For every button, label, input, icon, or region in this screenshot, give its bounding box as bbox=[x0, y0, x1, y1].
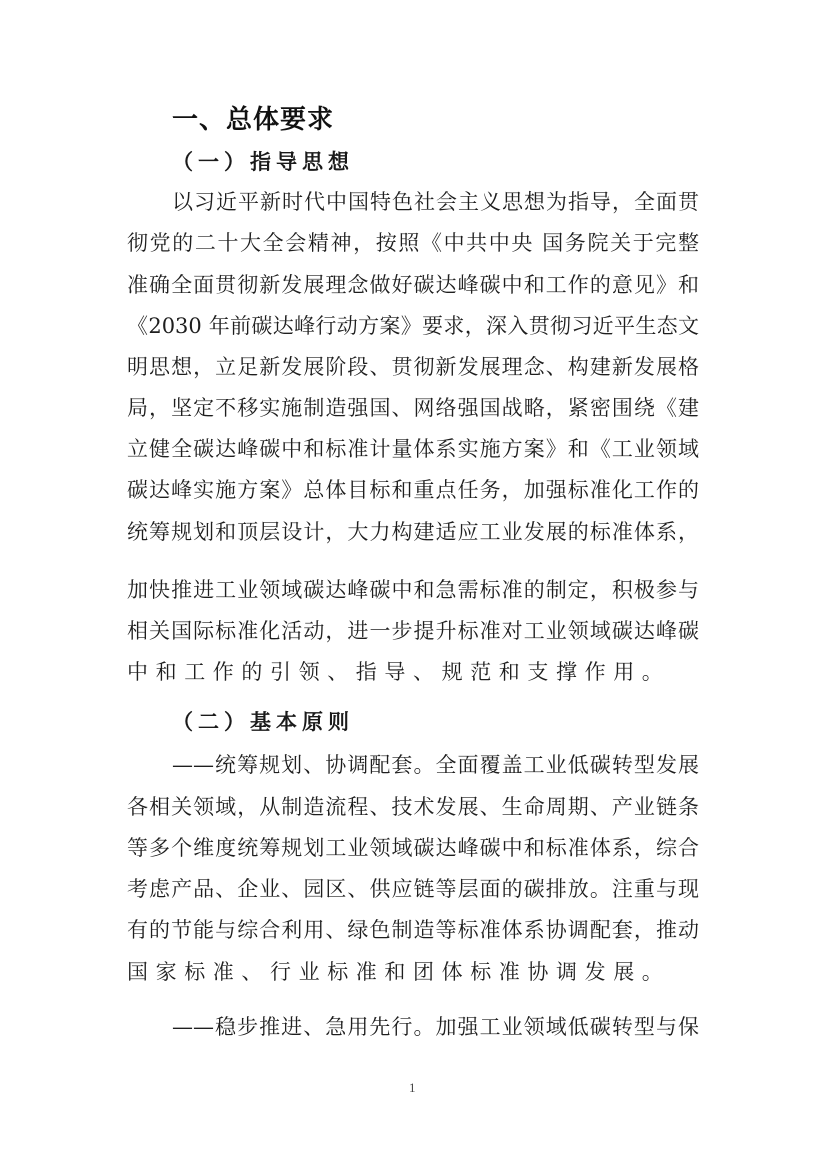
paragraph-line: 等多个维度统筹规划工业领域碳达峰碳中和标准体系，综合 bbox=[127, 832, 699, 862]
paragraph-line: 加快推进工业领域碳达峰碳中和急需标准的制定，积极参与 bbox=[127, 574, 699, 604]
paragraph-line: 明思想，立足新发展阶段、贯彻新发展理念、构建新发展格 bbox=[127, 351, 699, 381]
paragraph-line: 局，坚定不移实施制造强国、网络强国战略，紧密围绕《建 bbox=[127, 392, 699, 422]
paragraph-line: ——统筹规划、协调配套。全面覆盖工业低碳转型发展 bbox=[172, 749, 699, 779]
paragraph-line: 碳达峰实施方案》总体目标和重点任务，加强标准化工作的 bbox=[127, 474, 699, 504]
paragraph-line: 《2030 年前碳达峰行动方案》要求，深入贯彻习近平生态文 bbox=[127, 310, 699, 340]
subheading-basic-principles: （二）基本原则 bbox=[172, 706, 354, 736]
paragraph-line: 以习近平新时代中国特色社会主义思想为指导，全面贯 bbox=[172, 186, 699, 216]
paragraph-line: 统筹规划和顶层设计，大力构建适应工业发展的标准体系， bbox=[127, 516, 699, 546]
paragraph-line: 各相关领域，从制造流程、技术发展、生命周期、产业链条 bbox=[127, 791, 699, 821]
document-page: 一、总体要求 （一）指导思想 以习近平新时代中国特色社会主义思想为指导，全面贯 … bbox=[0, 0, 826, 1169]
subheading-guiding-ideology: （一）指导思想 bbox=[172, 146, 354, 176]
paragraph-line: 准确全面贯彻新发展理念做好碳达峰碳中和工作的意见》和 bbox=[127, 269, 699, 299]
paragraph-line: 彻党的二十大全会精神，按照《中共中央 国务院关于完整 bbox=[127, 227, 699, 257]
paragraph-line: 国家标准、行业标准和团体标准协调发展。 bbox=[127, 956, 699, 986]
paragraph-line: 相关国际标准化活动，进一步提升标准对工业领域碳达峰碳 bbox=[127, 615, 699, 645]
page-number: 1 bbox=[409, 1080, 416, 1096]
paragraph-line: ——稳步推进、急用先行。加强工业领域低碳转型与保 bbox=[172, 1011, 699, 1041]
heading-overall-requirements: 一、总体要求 bbox=[172, 99, 334, 136]
paragraph-line: 考虑产品、企业、园区、供应链等层面的碳排放。注重与现 bbox=[127, 873, 699, 903]
paragraph-line: 中和工作的引领、指导、规范和支撑作用。 bbox=[127, 656, 699, 686]
paragraph-line: 立健全碳达峰碳中和标准计量体系实施方案》和《工业领域 bbox=[127, 433, 699, 463]
paragraph-line: 有的节能与综合利用、绿色制造等标准体系协调配套，推动 bbox=[127, 914, 699, 944]
